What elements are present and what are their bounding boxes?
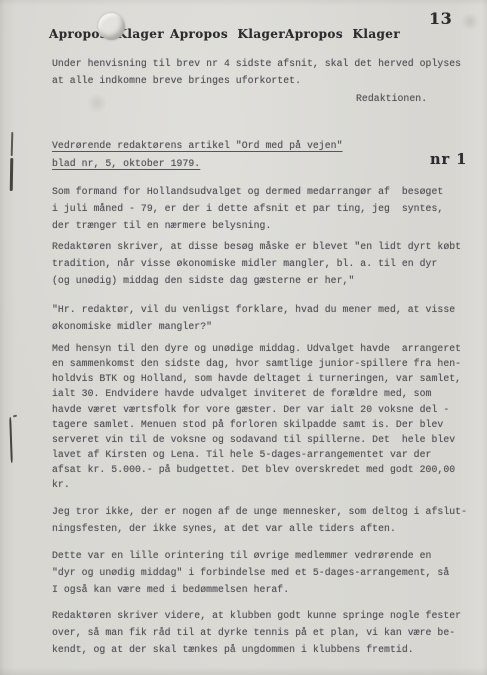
page-number: 13 [429, 9, 452, 28]
letter-title: Vedrørende redaktørens artikel "Ord med … [52, 137, 343, 172]
document-page: 13 Apropos Klager Apropos Klager Apropos… [0, 0, 487, 675]
margin-pen-mark [10, 158, 14, 191]
letter-paragraph: Med hensyn til den dyre og unødige midda… [52, 341, 461, 493]
notice-signature: Redaktionen. [356, 90, 427, 107]
letter-paragraph: Redaktøren skriver videre, at klubben go… [52, 607, 461, 659]
letter-paragraph: Som formand for Hollandsudvalget og derm… [52, 183, 443, 235]
hole-punch [98, 13, 125, 40]
editorial-notice: Under henvisning til brev nr 4 sidste af… [52, 55, 461, 89]
masthead-stamp: Apropos Klager [285, 27, 400, 41]
letter-title-line2: blad nr, 5, oktober 1979. [52, 158, 200, 169]
letter-number-label: nr 1 [430, 151, 467, 168]
margin-pen-mark [9, 417, 13, 463]
margin-pen-mark [13, 415, 17, 418]
letter-paragraph: Dette var en lille orintering til øvrige… [52, 547, 449, 599]
masthead-stamp: Apropos Klager [170, 27, 285, 41]
letter-paragraph: Redaktøren skriver, at disse besøg måske… [52, 238, 461, 290]
margin-pen-mark [11, 132, 13, 156]
letter-paragraph: "Hr. redaktør, vil du venligst forklare,… [52, 301, 455, 335]
letter-title-line1: Vedrørende redaktørens artikel "Ord med … [52, 140, 343, 151]
letter-paragraph: Jeg tror ikke, der er nogen af de unge m… [52, 503, 467, 537]
